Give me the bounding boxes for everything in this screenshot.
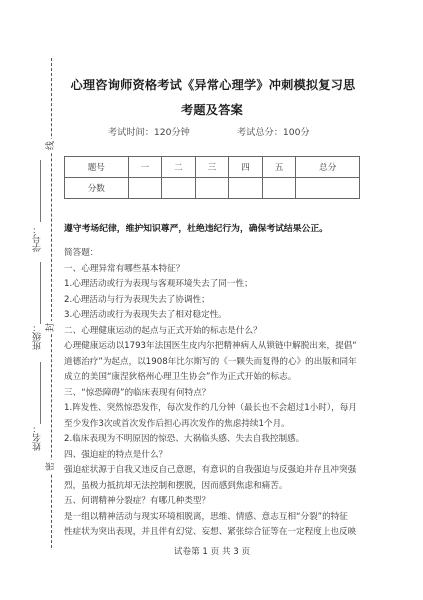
name-label: 姓名： — [31, 423, 45, 453]
score-cell — [262, 178, 296, 199]
header-cell: 四 — [229, 157, 263, 178]
answer-line: 成立的美国“康涅狄格州心理卫生协会”作为正式开始的标志。 — [64, 370, 364, 386]
exam-notice: 遵守考场纪律，维护知识尊严，杜绝违纪行为，确保考试结果公正。 — [64, 221, 328, 234]
score-cell — [296, 178, 360, 199]
header-cell: 题号 — [65, 157, 129, 178]
document-title-line1: 心理咨询师资格考试《异常心理学》冲刺模拟复习思 — [58, 76, 368, 93]
exam-total-score: 考试总分：100分 — [237, 124, 310, 138]
header-cell: 总分 — [296, 157, 360, 178]
document-title-line2: 考题及答案 — [62, 101, 362, 118]
question-2: 二、心理健康运动的起点与正式开始的标志是什么？ — [64, 324, 364, 340]
answer-line: 2.临床表现为不明原因的惊恐、大祸临头感、失去自我控制感。 — [64, 432, 364, 448]
question-content: 简答题： 一、心理异常有哪些基本特征？ 1.心理活动或行为表现与客观环境失去了同… — [64, 246, 364, 541]
answer-line: 心理健康运动以1793年法国医生皮内尔把精神病人从锁链中解脱出来，提倡“ — [64, 339, 364, 355]
answer-line: 是一组以精神活动与现实环境相脱离，思维、情感、意志互相“分裂”的特征 — [64, 510, 364, 526]
question-5: 五、何谓精神分裂症？有哪几种类型？ — [64, 494, 364, 510]
binding-dashed-line — [51, 58, 52, 548]
student-id-underline — [40, 160, 41, 222]
score-table-score-row: 分数 — [65, 178, 360, 199]
question-4: 四、强迫症的特点是什么？ — [64, 448, 364, 464]
class-underline — [40, 262, 41, 324]
answer-line: 烈，虽极力抵抗却无法控制和摆脱，因而感到焦虑和痛苦。 — [64, 479, 364, 495]
answer-line: 至少发作3次或首次发作后担心再次发作的焦虑持续1个月。 — [64, 417, 364, 433]
score-cell — [195, 178, 229, 199]
answer-line: 强迫症状源于自我又违反自己意愿，有意识的自我强迫与反强迫并存且冲突强 — [64, 463, 364, 479]
page-indicator: 试卷第 1 页 共 3 页 — [62, 545, 362, 557]
student-id-label: 学号： — [31, 224, 45, 254]
binding-mark-line: 线 — [45, 139, 58, 152]
header-cell: 五 — [262, 157, 296, 178]
class-label: 班级： — [31, 322, 45, 352]
score-cell — [229, 178, 263, 199]
answer-line: 3.心理活动或行为表现失去了相对稳定性。 — [64, 308, 364, 324]
binding-mark-seal: 封 — [45, 321, 58, 334]
exam-page: 线 封 密 学号： 班级： 姓名： 心理咨询师资格考试《异常心理学》冲刺模拟复习… — [0, 0, 423, 600]
score-table: 题号 一 二 三 四 五 总分 分数 — [64, 156, 360, 199]
row-label-cell: 分数 — [65, 178, 129, 199]
answer-line: 1.阵发性、突然惊恐发作，每次发作约几分钟（最长也不会超过1小时），每月 — [64, 401, 364, 417]
answer-line: 性症状为突出表现，并且伴有幻觉、妄想、紧张综合征等在一定程度上也反映 — [64, 525, 364, 541]
section-heading: 简答题： — [64, 246, 364, 262]
answer-line: 道德治疗”为起点，以1908年比尔斯写的《一颗失而复得的心》的出版和同年 — [64, 355, 364, 371]
answer-line: 1.心理活动或行为表现与客观环境失去了同一性； — [64, 277, 364, 293]
question-1: 一、心理异常有哪些基本特征？ — [64, 262, 364, 278]
score-cell — [128, 178, 162, 199]
answer-line: 2.心理活动与行为表现失去了协调性； — [64, 293, 364, 309]
exam-time: 考试时间：120分钟 — [108, 124, 190, 138]
binding-mark-secret: 密 — [45, 460, 58, 473]
header-cell: 三 — [195, 157, 229, 178]
score-table-header-row: 题号 一 二 三 四 五 总分 — [65, 157, 360, 178]
score-cell — [162, 178, 196, 199]
name-underline — [40, 362, 41, 424]
question-3: 三、“惊恐障碍”的临床表现有何特点？ — [64, 386, 364, 402]
header-cell: 二 — [162, 157, 196, 178]
header-cell: 一 — [128, 157, 162, 178]
